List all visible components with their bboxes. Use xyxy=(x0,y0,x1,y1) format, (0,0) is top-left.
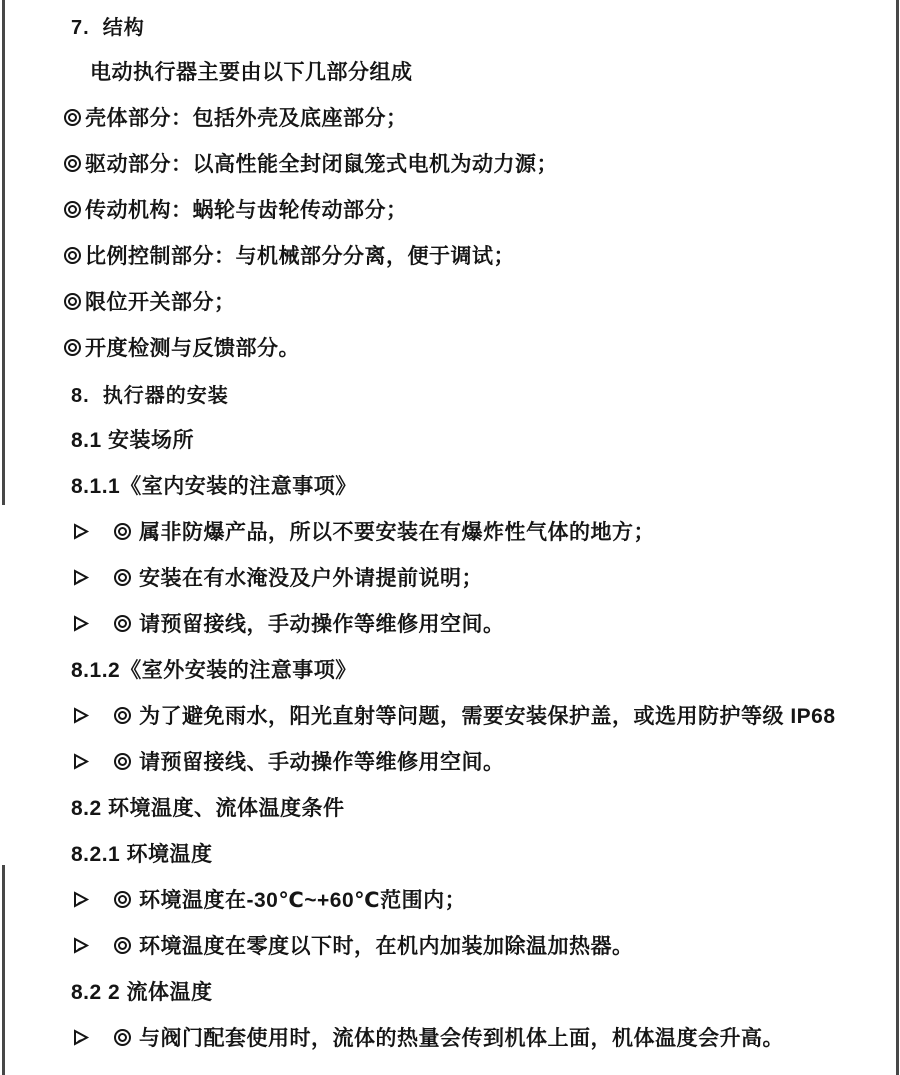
list-item-text: 环境温度在零度以下时，在机内加装加除温加热器。 xyxy=(139,930,634,960)
right-arrowhead-icon xyxy=(72,752,90,770)
subsection-heading: 8.2.1 环境温度 xyxy=(0,830,893,876)
right-arrowhead-icon xyxy=(72,522,90,540)
subsection-text: 8.1.1《室内安装的注意事项》 xyxy=(71,470,357,500)
arrow-list-item: 请预留接线、手动操作等维修用空间。 xyxy=(0,738,893,784)
list-item: 壳体部分：包括外壳及底座部分； xyxy=(0,94,893,140)
subsection-heading: 8.1.2《室外安装的注意事项》 xyxy=(0,646,893,692)
list-item-text: 开度检测与反馈部分。 xyxy=(85,332,300,362)
list-item-text: 属非防爆产品，所以不要安装在有爆炸性气体的地方； xyxy=(139,516,655,546)
double-circle-icon xyxy=(64,293,81,310)
subsection-heading: 8.2 环境温度、流体温度条件 xyxy=(0,784,893,830)
double-circle-icon xyxy=(114,615,131,632)
double-circle-icon xyxy=(114,891,131,908)
right-arrowhead-icon xyxy=(72,1028,90,1046)
arrow-list-item: 为了避免雨水，阳光直射等问题，需要安装保护盖，或选用防护等级 IP68 xyxy=(0,692,893,738)
list-item-text: 比例控制部分：与机械部分分离，便于调试； xyxy=(85,240,515,270)
page-edge-line-right xyxy=(896,0,899,1075)
list-item: 比例控制部分：与机械部分分离，便于调试； xyxy=(0,232,893,278)
list-item-text: 与阀门配套使用时，流体的热量会传到机体上面，机体温度会升高。 xyxy=(139,1022,784,1052)
double-circle-icon xyxy=(114,1029,131,1046)
list-item: 限位开关部分； xyxy=(0,278,893,324)
double-circle-icon xyxy=(64,201,81,218)
right-arrowhead-icon xyxy=(72,890,90,908)
list-item-text: 请预留接线、手动操作等维修用空间。 xyxy=(139,746,505,776)
double-circle-icon xyxy=(64,109,81,126)
right-arrowhead-icon xyxy=(72,614,90,632)
list-item-text: 驱动部分：以高性能全封闭鼠笼式电机为动力源； xyxy=(85,148,558,178)
list-item-text: 为了避免雨水，阳光直射等问题，需要安装保护盖，或选用防护等级 IP68 xyxy=(139,700,836,730)
arrow-list-item: 请预留接线，手动操作等维修用空间。 xyxy=(0,600,893,646)
arrow-list-item: 与阀门配套使用时，流体的热量会传到机体上面，机体温度会升高。 xyxy=(0,1014,893,1060)
subsection-text: 8.1.2《室外安装的注意事项》 xyxy=(71,654,357,684)
subsection-text: 8.2.1 环境温度 xyxy=(71,838,213,868)
double-circle-icon xyxy=(114,753,131,770)
list-item-text: 环境温度在-30℃~+60℃范围内； xyxy=(139,884,466,914)
subsection-heading: 8.1 安装场所 xyxy=(0,416,893,462)
paragraph-text: 电动执行器主要由以下几部分组成 xyxy=(90,56,413,86)
right-arrowhead-icon xyxy=(72,568,90,586)
arrow-list-item: 安装在有水淹没及户外请提前说明； xyxy=(0,554,893,600)
double-circle-icon xyxy=(64,339,81,356)
list-item-text: 限位开关部分； xyxy=(85,286,236,316)
list-item: 驱动部分：以高性能全封闭鼠笼式电机为动力源； xyxy=(0,140,893,186)
list-item-text: 安装在有水淹没及户外请提前说明； xyxy=(139,562,483,592)
document-page: 7. 结构 电动执行器主要由以下几部分组成 壳体部分：包括外壳及底座部分； 驱动… xyxy=(0,0,900,1075)
subsection-text: 8.2 环境温度、流体温度条件 xyxy=(71,792,345,822)
double-circle-icon xyxy=(64,155,81,172)
section-heading-installation: 8. 执行器的安装 xyxy=(0,370,893,416)
intro-paragraph: 电动执行器主要由以下几部分组成 xyxy=(0,48,893,94)
subsection-heading: 8.1.1《室内安装的注意事项》 xyxy=(0,462,893,508)
list-item-text: 请预留接线，手动操作等维修用空间。 xyxy=(139,608,505,638)
document-content: 7. 结构 电动执行器主要由以下几部分组成 壳体部分：包括外壳及底座部分； 驱动… xyxy=(0,2,893,1060)
double-circle-icon xyxy=(114,707,131,724)
right-arrowhead-icon xyxy=(72,706,90,724)
list-item: 传动机构：蜗轮与齿轮传动部分； xyxy=(0,186,893,232)
section-heading-structure: 7. 结构 xyxy=(0,2,893,48)
double-circle-icon xyxy=(64,247,81,264)
arrow-list-item: 环境温度在-30℃~+60℃范围内； xyxy=(0,876,893,922)
list-item-text: 传动机构：蜗轮与齿轮传动部分； xyxy=(85,194,408,224)
heading-text: 7. 结构 xyxy=(71,11,145,40)
list-item: 开度检测与反馈部分。 xyxy=(0,324,893,370)
arrow-list-item: 环境温度在零度以下时，在机内加装加除温加热器。 xyxy=(0,922,893,968)
heading-text: 8. 执行器的安装 xyxy=(71,379,229,408)
list-item-text: 壳体部分：包括外壳及底座部分； xyxy=(85,102,408,132)
subsection-text: 8.1 安装场所 xyxy=(71,424,194,454)
subsection-heading: 8.2 2 流体温度 xyxy=(0,968,893,1014)
double-circle-icon xyxy=(114,523,131,540)
subsection-text: 8.2 2 流体温度 xyxy=(71,976,213,1006)
arrow-list-item: 属非防爆产品，所以不要安装在有爆炸性气体的地方； xyxy=(0,508,893,554)
double-circle-icon xyxy=(114,937,131,954)
double-circle-icon xyxy=(114,569,131,586)
right-arrowhead-icon xyxy=(72,936,90,954)
